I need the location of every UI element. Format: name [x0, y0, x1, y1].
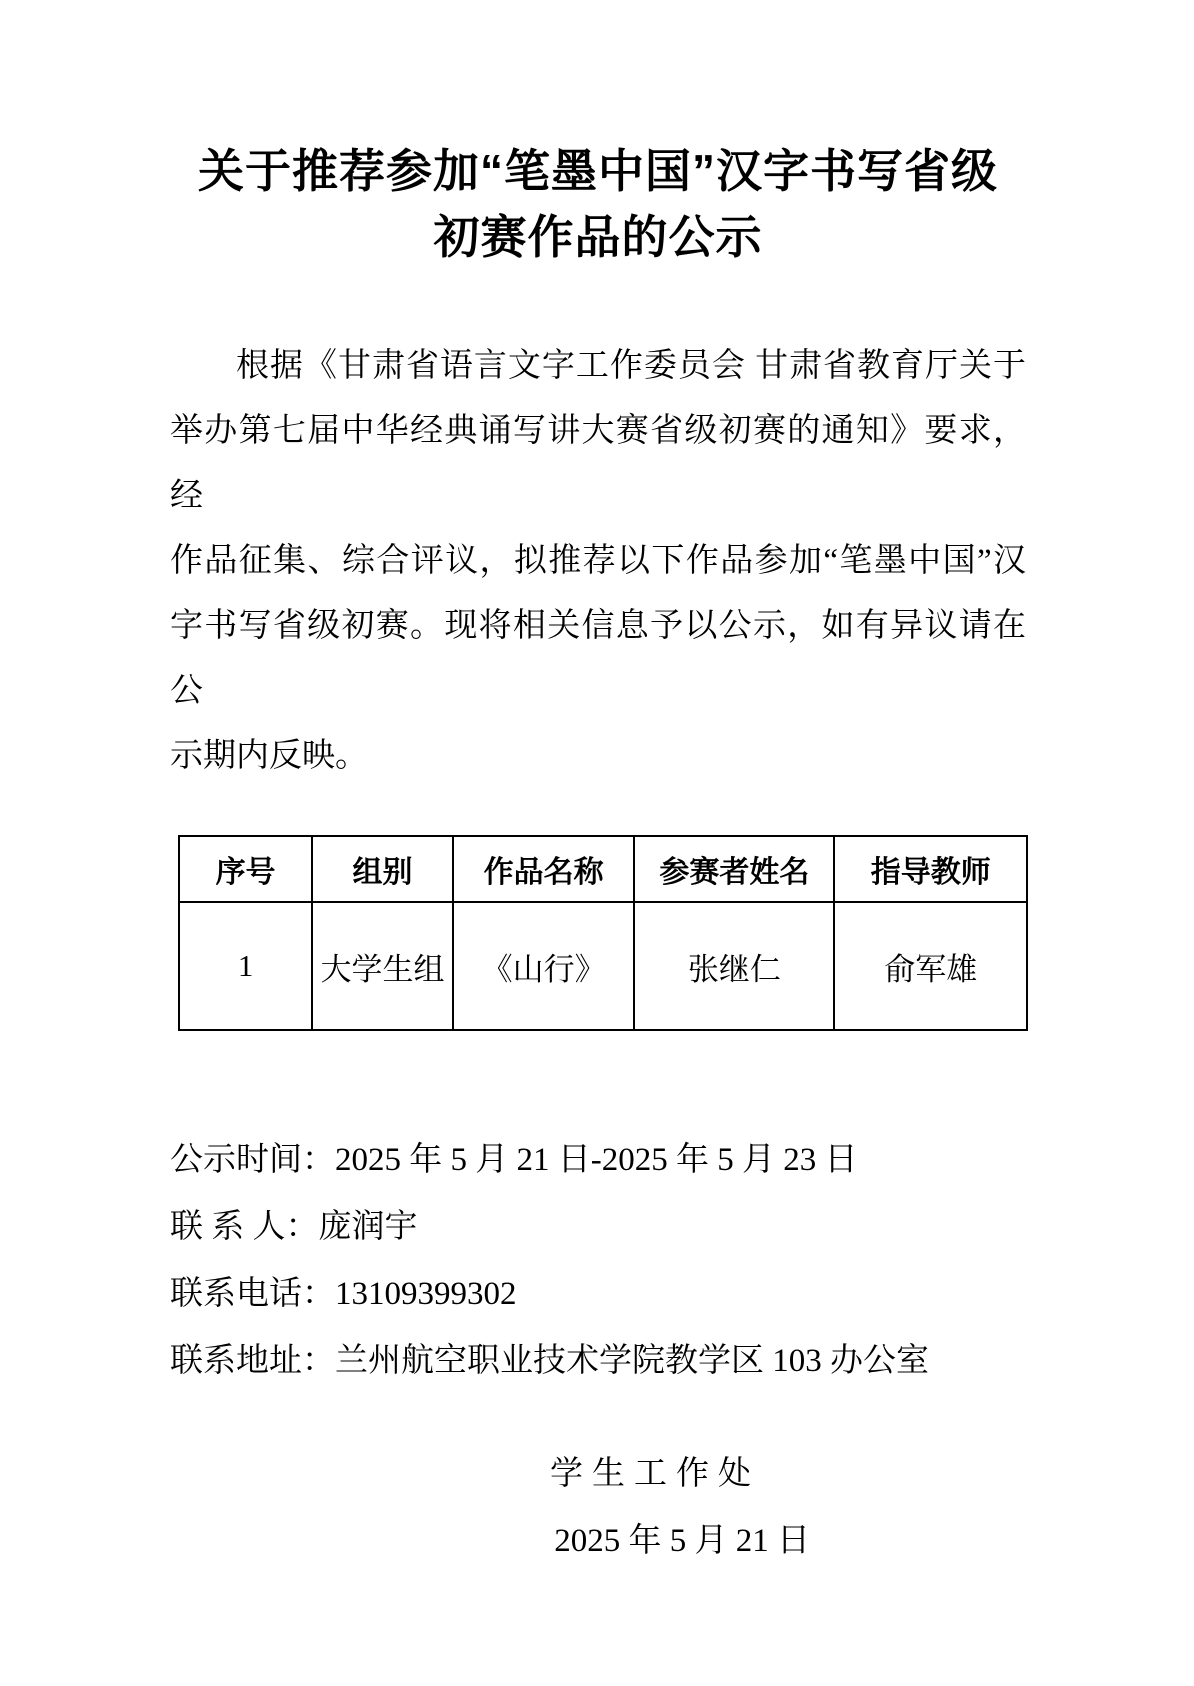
cell-participant-name: 张继仁	[634, 902, 834, 1030]
paragraph-line: 举办第七届中华经典诵写讲大赛省级初赛的通知》要求，经	[170, 399, 1026, 529]
paragraph-line: 示期内反映。	[170, 724, 1026, 789]
cell-serial-number: 1	[179, 902, 312, 1030]
paragraph-line: 字书写省级初赛。现将相关信息予以公示，如有异议请在公	[170, 594, 1026, 724]
contact-info-block: 公示时间：2025 年 5 月 21 日-2025 年 5 月 23 日 联 系…	[170, 1127, 1026, 1395]
signature-department: 学生工作处	[170, 1441, 1026, 1508]
header-group: 组别	[312, 836, 453, 902]
header-participant-name: 参赛者姓名	[634, 836, 834, 902]
document-page: 关于推荐参加“笔墨中国”汉字书写省级 初赛作品的公示 根据《甘肃省语言文字工作委…	[0, 0, 1194, 1686]
page-title-line-2: 初赛作品的公示	[170, 204, 1026, 270]
table-header-row: 序号 组别 作品名称 参赛者姓名 指导教师	[179, 836, 1027, 902]
cell-group: 大学生组	[312, 902, 453, 1030]
paragraph-line: 根据《甘肃省语言文字工作委员会 甘肃省教育厅关于	[170, 334, 1026, 399]
publicity-period-line: 公示时间：2025 年 5 月 21 日-2025 年 5 月 23 日	[170, 1127, 1026, 1194]
recommended-works-table: 序号 组别 作品名称 参赛者姓名 指导教师 1 大学生组 《山行》 张继仁 俞军…	[178, 835, 1028, 1031]
contact-address-line: 联系地址：兰州航空职业技术学院教学区 103 办公室	[170, 1328, 1026, 1395]
signature-block: 学生工作处 2025 年 5 月 21 日	[170, 1441, 1026, 1575]
header-serial-number: 序号	[179, 836, 312, 902]
body-paragraph: 根据《甘肃省语言文字工作委员会 甘肃省教育厅关于 举办第七届中华经典诵写讲大赛省…	[170, 334, 1026, 789]
header-advisor: 指导教师	[834, 836, 1027, 902]
cell-advisor: 俞军雄	[834, 902, 1027, 1030]
page-title-line-1: 关于推荐参加“笔墨中国”汉字书写省级	[170, 138, 1026, 204]
cell-work-title: 《山行》	[453, 902, 634, 1030]
table-row: 1 大学生组 《山行》 张继仁 俞军雄	[179, 902, 1027, 1030]
contact-person-line: 联 系 人：庞润宇	[170, 1194, 1026, 1261]
signature-date: 2025 年 5 月 21 日	[170, 1508, 1026, 1575]
header-work-title: 作品名称	[453, 836, 634, 902]
page-title: 关于推荐参加“笔墨中国”汉字书写省级 初赛作品的公示	[170, 138, 1026, 270]
contact-phone-line: 联系电话：13109399302	[170, 1261, 1026, 1328]
paragraph-line: 作品征集、综合评议，拟推荐以下作品参加“笔墨中国”汉	[170, 529, 1026, 594]
